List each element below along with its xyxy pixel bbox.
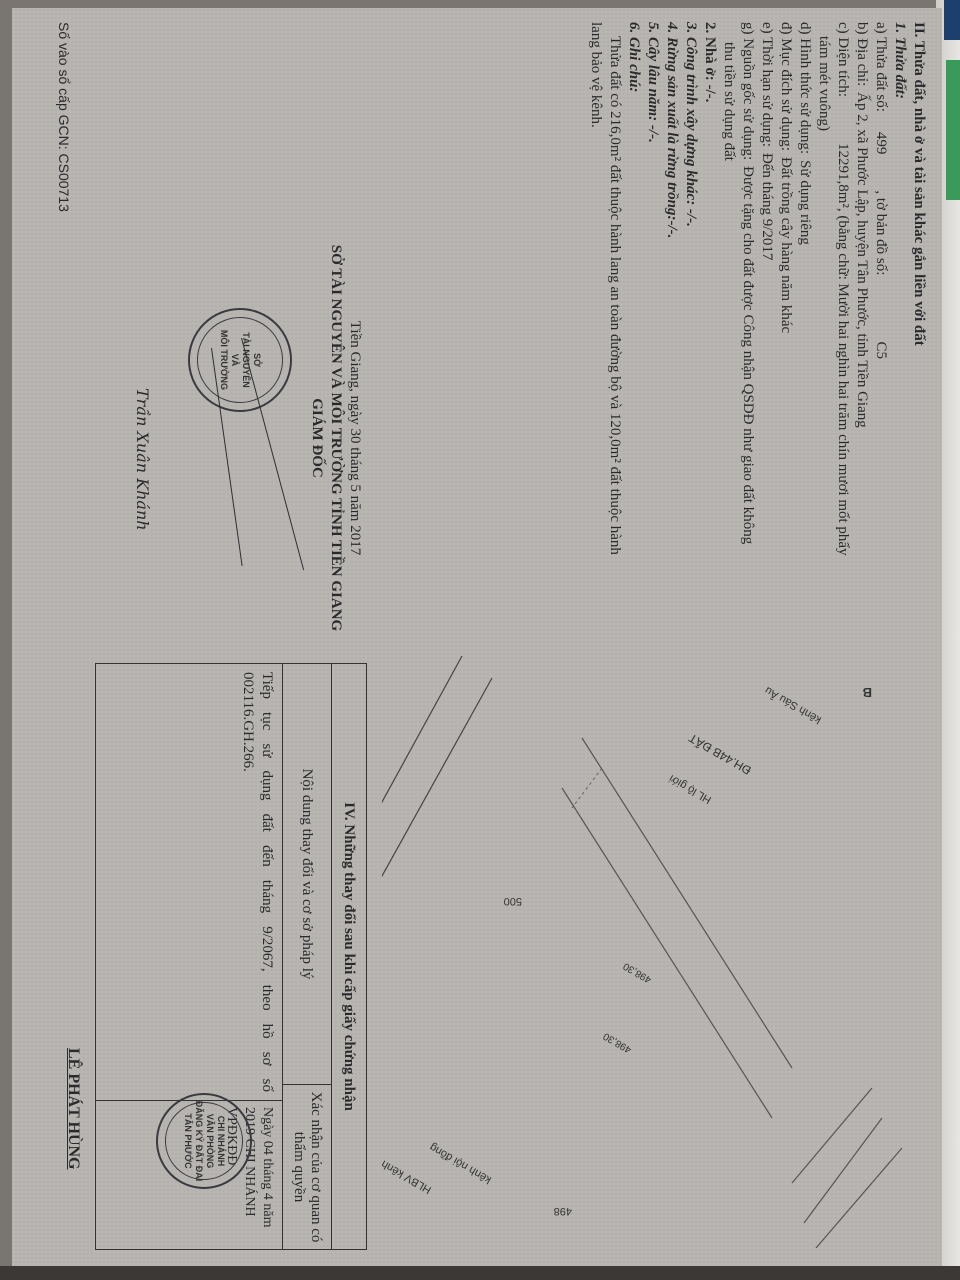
section-iv-title: IV. Những thay đổi sau khi cấp giấy chứn…	[331, 664, 366, 1249]
side-length: 498,30	[601, 1030, 633, 1055]
col-change-content: Nội dung thay đổi và cơ sở pháp lý	[283, 664, 331, 1085]
registry-number: Số vào sổ cấp GCN: CS00713	[56, 22, 72, 212]
house-line: 2. Nhà ở: -/-.	[700, 22, 719, 642]
confirmation-signer: LÊ PHÁT HÙNG	[64, 1048, 82, 1170]
background-object	[944, 0, 960, 40]
branch-seal: CHI NHÁNHVĂN PHÒNGĐĂNG KÝ ĐẤT ĐAITÂN PHƯ…	[156, 1093, 252, 1189]
canal-label-top: kênh nội đồng	[428, 1141, 494, 1186]
signature-block: Tiền Giang, ngày 30 tháng 5 năm 2017 SỞ …	[307, 238, 364, 638]
background-object	[946, 60, 960, 200]
land-heading: 1. Thửa đất:	[890, 22, 909, 642]
origin-value-cont: thu tiền sử dụng đất	[719, 22, 738, 642]
term-label: e) Thời hạn sử dụng:	[757, 22, 776, 147]
signer-name: Trần Xuân Khánh	[133, 388, 152, 531]
parcel-sketch: 498 500 kênh Sáu Âu ĐH.44B ĐẤT HL lộ giớ…	[382, 648, 902, 1248]
parcel-number: 499	[871, 132, 890, 155]
neighbor-500: 500	[504, 895, 522, 907]
signer-role: GIÁM ĐỐC	[307, 238, 326, 638]
land-certificate-page: II. Thửa đất, nhà ở và tài sản khác gắn …	[12, 8, 942, 1268]
area-line: c) Diện tích: 12291,8m², (bằng chữ: Mười…	[833, 22, 852, 642]
change-content: Tiếp tục sử dụng đất đến tháng 9/2067, t…	[96, 664, 282, 1101]
road-label: ĐH.44B ĐẤT	[685, 730, 753, 778]
area-value-cont: tám mét vuông)	[814, 22, 833, 642]
purpose-label: đ) Mục đích sử dụng:	[776, 22, 795, 151]
parcel-label: a) Thửa đất số:	[871, 22, 890, 112]
canal-label-bottom: kênh Sáu Âu	[762, 684, 823, 727]
side-length: 498,30	[621, 960, 653, 985]
origin-value: Được tặng cho đất được Công nhận QSDĐ nh…	[738, 166, 757, 544]
road-corridor-label: HL lộ giới	[667, 772, 713, 806]
use-form-label: d) Hình thức sử dụng:	[795, 22, 814, 154]
issuing-agency: SỞ TÀI NGUYÊN VÀ MÔI TRƯỜNG TỈNH TIỀN GI…	[326, 238, 345, 638]
map-sheet-label: , tờ bản đồ số:	[871, 190, 890, 275]
address-label: b) Địa chỉ:	[852, 22, 871, 86]
notes-text-cont: lang bảo vệ kênh.	[586, 22, 605, 642]
notes-text: Thửa đất có 216,0m² đất thuộc hành lang …	[605, 22, 624, 642]
term-value: Đến tháng 9/2017	[757, 153, 776, 260]
notes-heading: 6. Ghi chú:	[624, 22, 643, 642]
place-date: Tiền Giang, ngày 30 tháng 5 năm 2017	[345, 238, 364, 638]
neighbor-498: 498	[554, 1205, 572, 1217]
canal-corridor-label: HLBV kênh	[382, 1158, 434, 1196]
parcel-map: 498 500 kênh Sáu Âu ĐH.44B ĐẤT HL lộ giớ…	[382, 648, 902, 1248]
use-form-value: Sử dụng riêng	[795, 160, 814, 245]
parcel-line: a) Thửa đất số: 499 , tờ bản đồ số: C5	[871, 22, 890, 642]
map-sheet-number: C5	[871, 341, 890, 359]
north-arrow-icon: B	[863, 685, 872, 700]
origin-line: g) Nguồn gốc sử dụng: Được tặng cho đất …	[738, 22, 757, 642]
address-value: Ấp 2, xã Phước Lập, huyện Tân Phước, tỉn…	[852, 92, 871, 428]
origin-label: g) Nguồn gốc sử dụng:	[738, 22, 757, 160]
section-ii-title: II. Thửa đất, nhà ở và tài sản khác gắn …	[909, 22, 928, 642]
purpose-value: Đất trồng cây hàng năm khác	[776, 157, 795, 333]
official-seal: SỞTÀI NGUYÊNVÀMÔI TRƯỜNG	[188, 308, 292, 412]
table-header-row: Nội dung thay đổi và cơ sở pháp lý Xác n…	[282, 664, 331, 1249]
background-object	[0, 1266, 960, 1280]
address-line: b) Địa chỉ: Ấp 2, xã Phước Lập, huyện Tâ…	[852, 22, 871, 642]
section-ii: II. Thửa đất, nhà ở và tài sản khác gắn …	[586, 22, 928, 642]
perennial-line: 5. Cây lâu năm: -/-.	[643, 22, 662, 642]
area-value: 12291,8m², (bằng chữ: Mười hai nghìn hai…	[833, 143, 852, 556]
term-line: e) Thời hạn sử dụng: Đến tháng 9/2017	[757, 22, 776, 642]
other-works-line: 3. Công trình xây dựng khác: -/-.	[681, 22, 700, 642]
area-label: c) Diện tích:	[833, 22, 852, 97]
col-confirmation: Xác nhận của cơ quan có thẩm quyền	[283, 1085, 331, 1249]
forest-line: 4. Rừng sản xuất là rừng trồng:-/-.	[662, 22, 681, 642]
purpose-line: đ) Mục đích sử dụng: Đất trồng cây hàng …	[776, 22, 795, 642]
use-form-line: d) Hình thức sử dụng: Sử dụng riêng	[795, 22, 814, 642]
